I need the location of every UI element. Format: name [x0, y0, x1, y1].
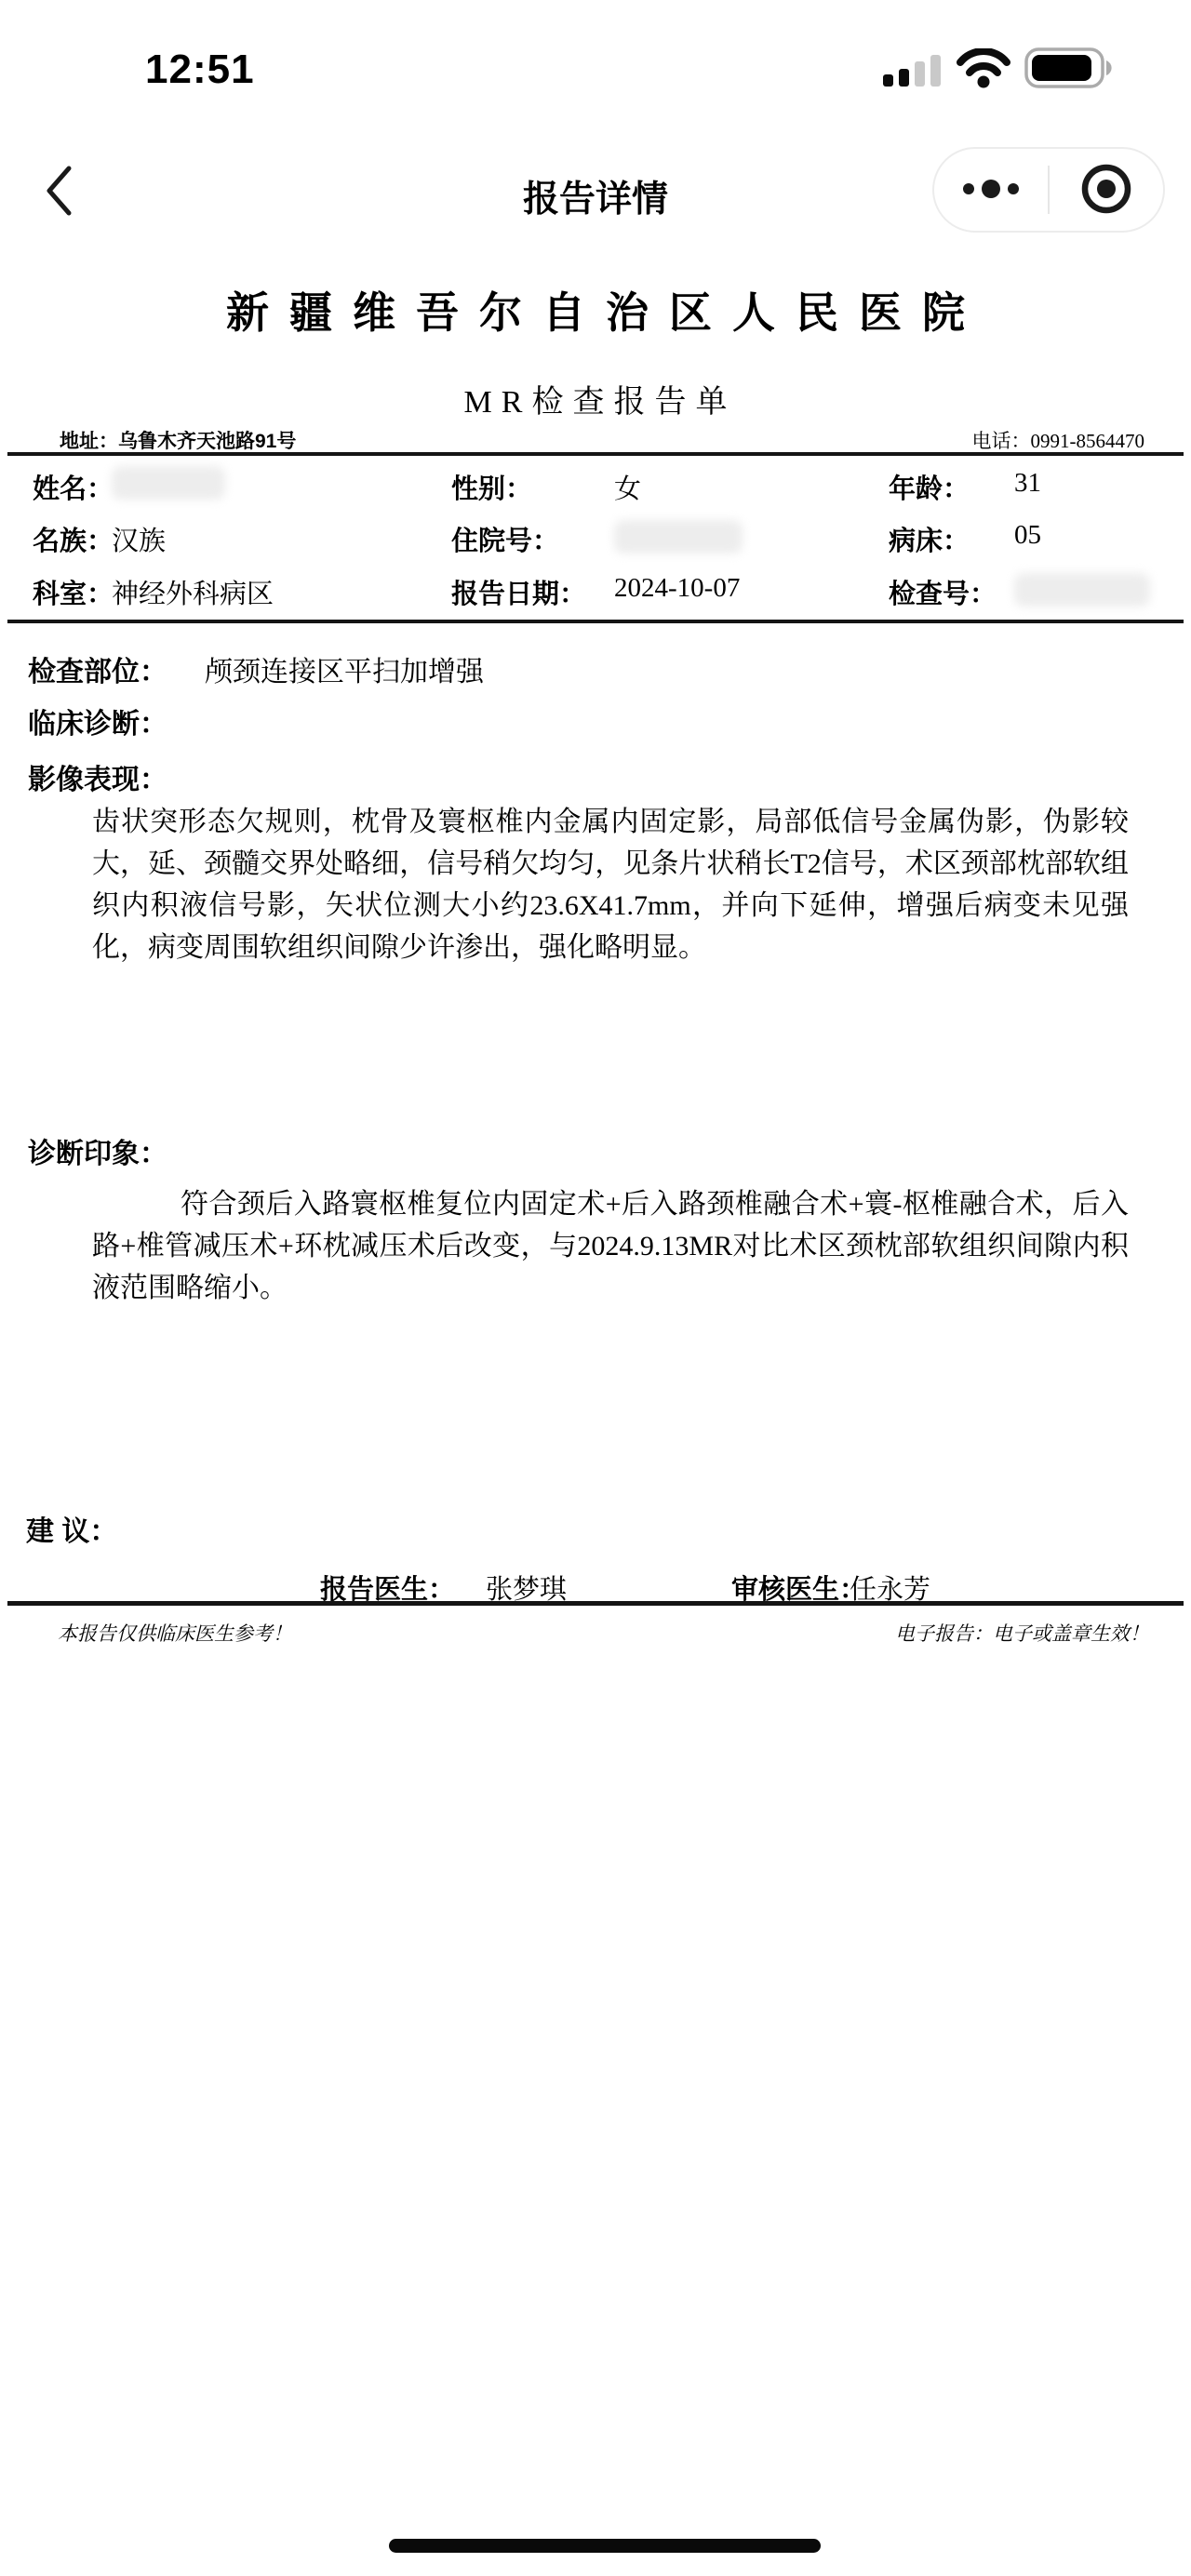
department-label: 科室：: [33, 573, 114, 611]
name-value-redacted: [112, 468, 225, 500]
home-indicator[interactable]: [389, 2539, 821, 2553]
suggestion-row: 建 议：: [26, 1508, 117, 1549]
admission-no-label: 住院号：: [451, 520, 559, 558]
doctors-row: 报告医生： 张梦琪 审核医生： 任永芳: [0, 1568, 1191, 1602]
status-time: 12:51: [145, 47, 255, 93]
divider-line-bottom: [7, 1601, 1184, 1606]
impression-row: 诊断印象：: [28, 1130, 167, 1171]
exam-site-label: 检查部位：: [28, 657, 167, 687]
report-date-value: 2024-10-07: [614, 573, 740, 604]
impression-text: 符合颈后入路寰枢椎复位内固定术+后入路颈椎融合术+寰-枢椎融合术，后入路+椎管减…: [92, 1183, 1129, 1309]
ethnicity-value: 汉族: [112, 520, 166, 558]
imaging-findings-label: 影像表现：: [28, 765, 167, 795]
close-miniprogram-button[interactable]: [1050, 149, 1163, 231]
report-date-label: 报告日期：: [451, 573, 586, 611]
miniprogram-capsule: [932, 147, 1165, 233]
footer-disclaimer: 本报告仅供临床医生参考！: [58, 1619, 292, 1647]
footer-validity-note: 电子报告：电子或盖章生效！: [895, 1619, 1149, 1647]
age-label: 年龄：: [889, 468, 970, 506]
ethnicity-label: 名族：: [33, 520, 114, 558]
hospital-name: 新疆维吾尔自治区人民医院: [0, 279, 1191, 340]
more-button[interactable]: [934, 149, 1048, 231]
divider-line-top: [7, 452, 1184, 456]
imaging-findings-row: 影像表现：: [28, 756, 167, 797]
redacted-blur: [614, 520, 743, 554]
patient-info-row: 科室： 神经外科病区 报告日期： 2024-10-07 检查号：: [0, 573, 1191, 612]
battery-icon: [1024, 47, 1113, 94]
target-circle-icon: [1080, 163, 1132, 218]
report-doc-title: MR检查报告单: [0, 376, 1191, 421]
suggestion-label: 建 议：: [26, 1516, 117, 1547]
cellular-signal-icon: [883, 49, 943, 91]
gender-label: 性别：: [451, 468, 532, 506]
bed-label: 病床：: [889, 520, 970, 558]
wifi-icon: [957, 48, 1010, 93]
bed-value: 05: [1014, 520, 1041, 551]
patient-info-row: 名族： 汉族 住院号： 病床： 05: [0, 520, 1191, 559]
exam-no-label: 检查号：: [889, 573, 997, 611]
divider-line-table-bottom: [7, 620, 1184, 623]
clinical-diagnosis-row: 临床诊断：: [28, 701, 167, 741]
redacted-blur: [112, 466, 225, 500]
hospital-phone: 电话：0991-8564470: [972, 426, 1145, 454]
clinical-diagnosis-label: 临床诊断：: [28, 709, 167, 740]
gender-value: 女: [614, 468, 641, 506]
exam-no-value-redacted: [1014, 573, 1150, 607]
impression-label: 诊断印象：: [28, 1139, 167, 1169]
ellipsis-icon: [959, 177, 1023, 204]
exam-site-value: 颅颈连接区平扫加增强: [205, 648, 484, 689]
imaging-findings-text: 齿状突形态欠规则，枕骨及寰枢椎内金属内固定影，局部低信号金属伪影，伪影较大，延、…: [92, 801, 1129, 968]
department-value: 神经外科病区: [112, 573, 274, 611]
hospital-address: 地址：乌鲁木齐天池路91号: [60, 426, 296, 454]
age-value: 31: [1014, 468, 1041, 499]
redacted-blur: [1014, 573, 1150, 607]
patient-info-row: 姓名： 性别： 女 年龄： 31: [0, 468, 1191, 507]
name-label: 姓名：: [33, 468, 114, 506]
admission-no-value-redacted: [614, 520, 743, 554]
exam-site-row: 检查部位： 颅颈连接区平扫加增强: [28, 648, 167, 689]
status-icons: [883, 47, 1113, 94]
